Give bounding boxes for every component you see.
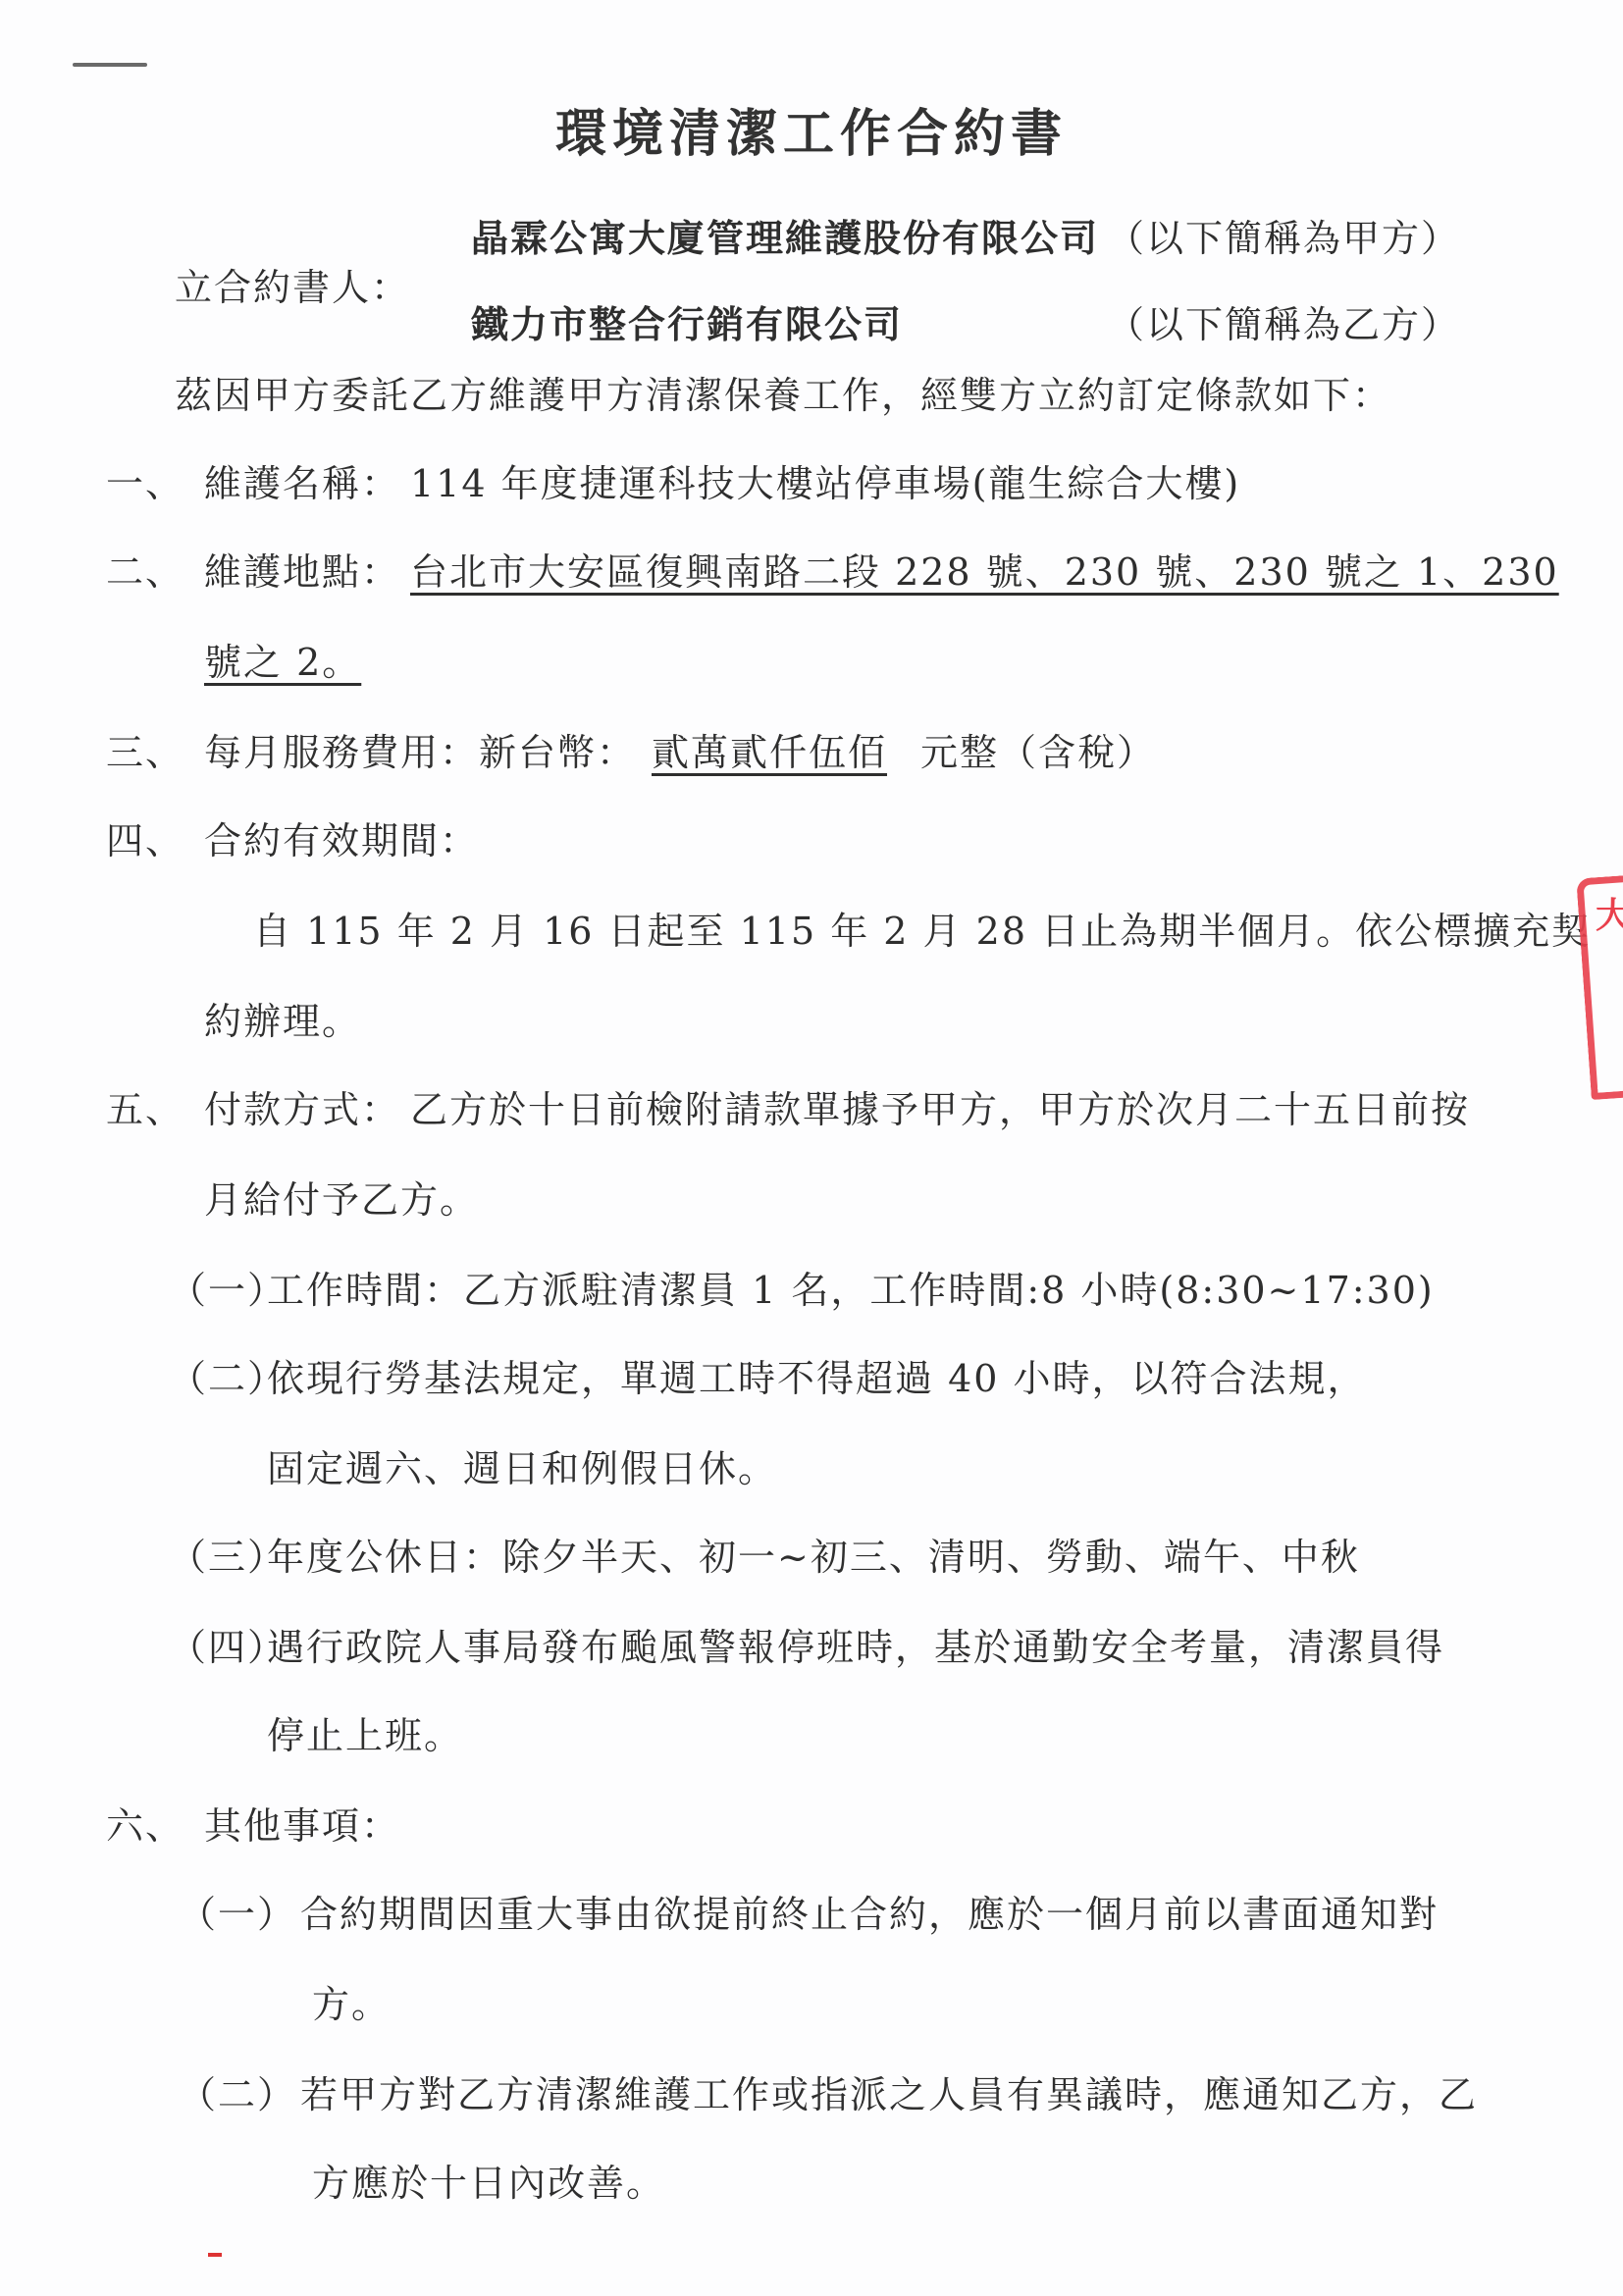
seal-glyph: 大 <box>1596 893 1623 938</box>
clause-2-text-line2: 號之 2。 <box>204 632 361 686</box>
clause-1-number: 一、 <box>106 453 184 507</box>
clause-6-sub-1-text-line2: 方。 <box>312 1974 391 2028</box>
clause-5-sub-4-text-line1: 遇行政院人事局發布颱風警報停班時，基於通勤安全考量，清潔員得 <box>267 1617 1444 1671</box>
document-title: 環境清潔工作合約書 <box>0 92 1623 166</box>
contract-period-line2: 約辦理。 <box>204 991 361 1045</box>
red-ink-mark <box>208 2253 222 2257</box>
parties-label: 立合約書人： <box>175 257 410 311</box>
clause-5-text-line2: 月給付予乙方。 <box>204 1170 479 1224</box>
clause-2-text-line1: 台北市大安區復興南路二段 228 號、230 號、230 號之 1、230 <box>410 542 1559 596</box>
contract-period-line1: 自 115 年 2 月 16 日起至 115 年 2 月 28 日止為期半個月。… <box>253 901 1591 955</box>
clause-6-sub-2-number: （二） <box>179 2064 296 2118</box>
clause-5-sub-2-text-line1: 依現行勞基法規定，單週工時不得超過 40 小時，以符合法規， <box>267 1348 1367 1402</box>
scan-mark <box>73 63 147 67</box>
party-a-alias: （以下簡稱為甲方） <box>1107 208 1460 262</box>
clause-1-label: 維護名稱： <box>204 453 400 507</box>
clause-4-number: 四、 <box>106 810 184 864</box>
monthly-fee-suffix: 元整（含稅） <box>920 722 1156 776</box>
clause-3-label: 每月服務費用：新台幣： <box>204 722 636 776</box>
clause-5-label: 付款方式： <box>204 1079 400 1133</box>
clause-2-number: 二、 <box>106 542 184 596</box>
party-b-name: 鐵力市整合行銷有限公司 <box>471 294 903 348</box>
preamble: 茲因甲方委託乙方維護甲方清潔保養工作，經雙方立約訂定條款如下： <box>175 365 1391 419</box>
clause-6-sub-2-text-line1: 若甲方對乙方清潔維護工作或指派之人員有異議時，應通知乙方，乙 <box>300 2064 1478 2118</box>
clause-4-label: 合約有效期間： <box>204 810 479 864</box>
clause-6-number: 六、 <box>106 1796 184 1850</box>
clause-5-sub-2-text-line2: 固定週六、週日和例假日休。 <box>267 1438 777 1492</box>
clause-5-sub-3-text: 年度公休日：除夕半天、初一~初三、清明、勞動、端午、中秋 <box>267 1527 1360 1581</box>
clause-5-text-line1: 乙方於十日前檢附請款單據予甲方，甲方於次月二十五日前按 <box>410 1079 1470 1133</box>
clause-3-number: 三、 <box>106 722 184 776</box>
monthly-fee-amount: 貳萬貳仟伍佰 <box>652 722 887 776</box>
clause-5-sub-1-text: 工作時間：乙方派駐清潔員 1 名，工作時間:8 小時(8:30~17:30) <box>267 1260 1435 1314</box>
clause-6-sub-1-number: （一） <box>179 1884 296 1938</box>
clause-6-sub-1-text-line1: 合約期間因重大事由欲提前終止合約，應於一個月前以書面通知對 <box>300 1884 1439 1938</box>
clause-6-label: 其他事項： <box>204 1796 400 1850</box>
clause-2-label: 維護地點： <box>204 542 400 596</box>
party-a-name: 晶霖公寓大廈管理維護股份有限公司 <box>471 208 1099 262</box>
clause-6-sub-2-text-line2: 方應於十日內改善。 <box>312 2153 665 2207</box>
party-b-alias: （以下簡稱為乙方） <box>1107 294 1460 348</box>
clause-1-text: 114 年度捷運科技大樓站停車場(龍生綜合大樓) <box>410 453 1240 507</box>
clause-5-number: 五、 <box>106 1079 184 1133</box>
clause-5-sub-4-text-line2: 停止上班。 <box>267 1705 463 1759</box>
